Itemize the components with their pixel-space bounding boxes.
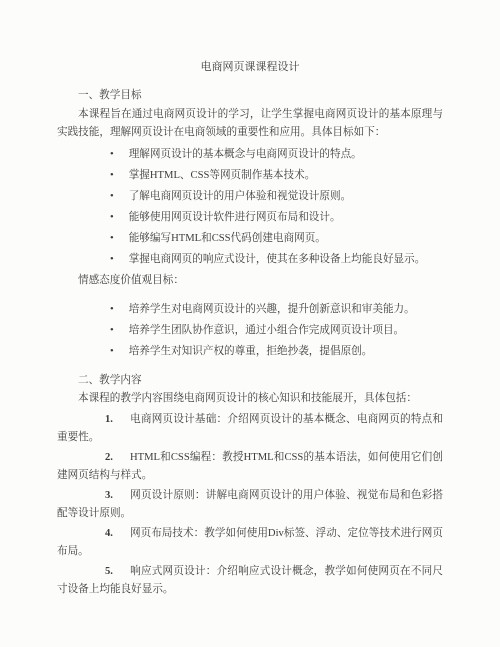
section-2-intro-paragraph: 本课程的教学内容围绕电商网页设计的核心知识和技能展开，具体包括： <box>57 390 443 409</box>
list-item: •能够使用网页设计软件进行网页布局和设计。 <box>57 209 443 227</box>
item-text: 网页布局技术：教学如何使用Div标签、浮动、定位等技术进行网页布局。 <box>57 528 443 557</box>
list-item: •培养学生对电商网页设计的兴趣，提升创新意识和审美能力。 <box>57 301 443 319</box>
item-number: 4. <box>105 528 113 539</box>
section-2-heading: 二、教学内容 <box>57 372 443 391</box>
document-title: 电商网页课课程设计 <box>57 59 443 76</box>
list-item-text: 培养学生对电商网页设计的兴趣，提升创新意识和审美能力。 <box>129 304 415 315</box>
list-item: •了解电商网页设计的用户体验和视觉设计原则。 <box>57 188 443 206</box>
bullet-icon: • <box>110 254 114 265</box>
numbered-item: 4.网页布局技术：教学如何使用Div标签、浮动、定位等技术进行网页布局。 <box>57 525 443 561</box>
item-number: 2. <box>105 452 113 463</box>
bullet-icon: • <box>110 170 114 181</box>
item-number: 3. <box>105 490 113 501</box>
list-item-text: 培养学生对知识产权的尊重，拒绝抄袭，提倡原创。 <box>129 346 373 357</box>
section-1-heading: 一、教学目标 <box>57 87 443 106</box>
bullet-icon: • <box>110 304 114 315</box>
list-item-text: 能够使用网页设计软件进行网页布局和设计。 <box>129 212 341 223</box>
values-bullet-list: •培养学生对电商网页设计的兴趣，提升创新意识和审美能力。 •培养学生团队协作意识… <box>57 301 443 361</box>
list-item-text: 掌握HTML、CSS等网页制作基本技术。 <box>129 170 316 181</box>
list-item-text: 培养学生团队协作意识，通过小组合作完成网页设计项目。 <box>129 325 404 336</box>
bullet-icon: • <box>110 149 114 160</box>
values-subheading: 情感态度价值观目标： <box>57 272 443 291</box>
list-item: •培养学生对知识产权的尊重，拒绝抄袭，提倡原创。 <box>57 343 443 361</box>
bullet-icon: • <box>110 191 114 202</box>
item-text: 网页设计原则：讲解电商网页设计的用户体验、视觉布局和色彩搭配等设计原则。 <box>57 490 443 519</box>
document-page: 电商网页课课程设计 一、教学目标 本课程旨在通过电商网页设计的学习，让学生掌握电… <box>0 0 500 647</box>
item-number: 1. <box>105 414 113 425</box>
list-item-text: 了解电商网页设计的用户体验和视觉设计原则。 <box>129 191 351 202</box>
numbered-item: 5.响应式网页设计：介绍响应式设计概念，教学如何使网页在不同尺寸设备上均能良好显… <box>57 563 443 599</box>
bullet-icon: • <box>110 233 114 244</box>
list-item: •掌握HTML、CSS等网页制作基本技术。 <box>57 167 443 185</box>
item-number: 5. <box>105 566 113 577</box>
list-item-text: 理解网页设计的基本概念与电商网页设计的特点。 <box>129 149 362 160</box>
list-item: •理解网页设计的基本概念与电商网页设计的特点。 <box>57 146 443 164</box>
section-1-intro-paragraph: 本课程旨在通过电商网页设计的学习，让学生掌握电商网页设计的基本原理与实践技能，理… <box>57 106 443 143</box>
bullet-icon: • <box>110 346 114 357</box>
numbered-item: 1.电商网页设计基础：介绍网页设计的基本概念、电商网页的特点和重要性。 <box>57 411 443 447</box>
list-item: •培养学生团队协作意识，通过小组合作完成网页设计项目。 <box>57 322 443 340</box>
numbered-item: 3.网页设计原则：讲解电商网页设计的用户体验、视觉布局和色彩搭配等设计原则。 <box>57 487 443 523</box>
list-item-text: 能够编写HTML和CSS代码创建电商网页。 <box>129 233 326 244</box>
bullet-icon: • <box>110 212 114 223</box>
item-text: 电商网页设计基础：介绍网页设计的基本概念、电商网页的特点和重要性。 <box>57 414 443 443</box>
goals-bullet-list: •理解网页设计的基本概念与电商网页设计的特点。 •掌握HTML、CSS等网页制作… <box>57 146 443 269</box>
list-item: •能够编写HTML和CSS代码创建电商网页。 <box>57 230 443 248</box>
item-text: 响应式网页设计：介绍响应式设计概念，教学如何使网页在不同尺寸设备上均能良好显示。 <box>57 566 443 595</box>
list-item: •掌握电商网页的响应式设计，使其在多种设备上均能良好显示。 <box>57 251 443 269</box>
list-item-text: 掌握电商网页的响应式设计，使其在多种设备上均能良好显示。 <box>129 254 426 265</box>
numbered-item: 2.HTML和CSS编程：教授HTML和CSS的基本语法，如何使用它们创建网页结… <box>57 449 443 485</box>
item-text: HTML和CSS编程：教授HTML和CSS的基本语法，如何使用它们创建网页结构与… <box>57 452 443 481</box>
bullet-icon: • <box>110 325 114 336</box>
